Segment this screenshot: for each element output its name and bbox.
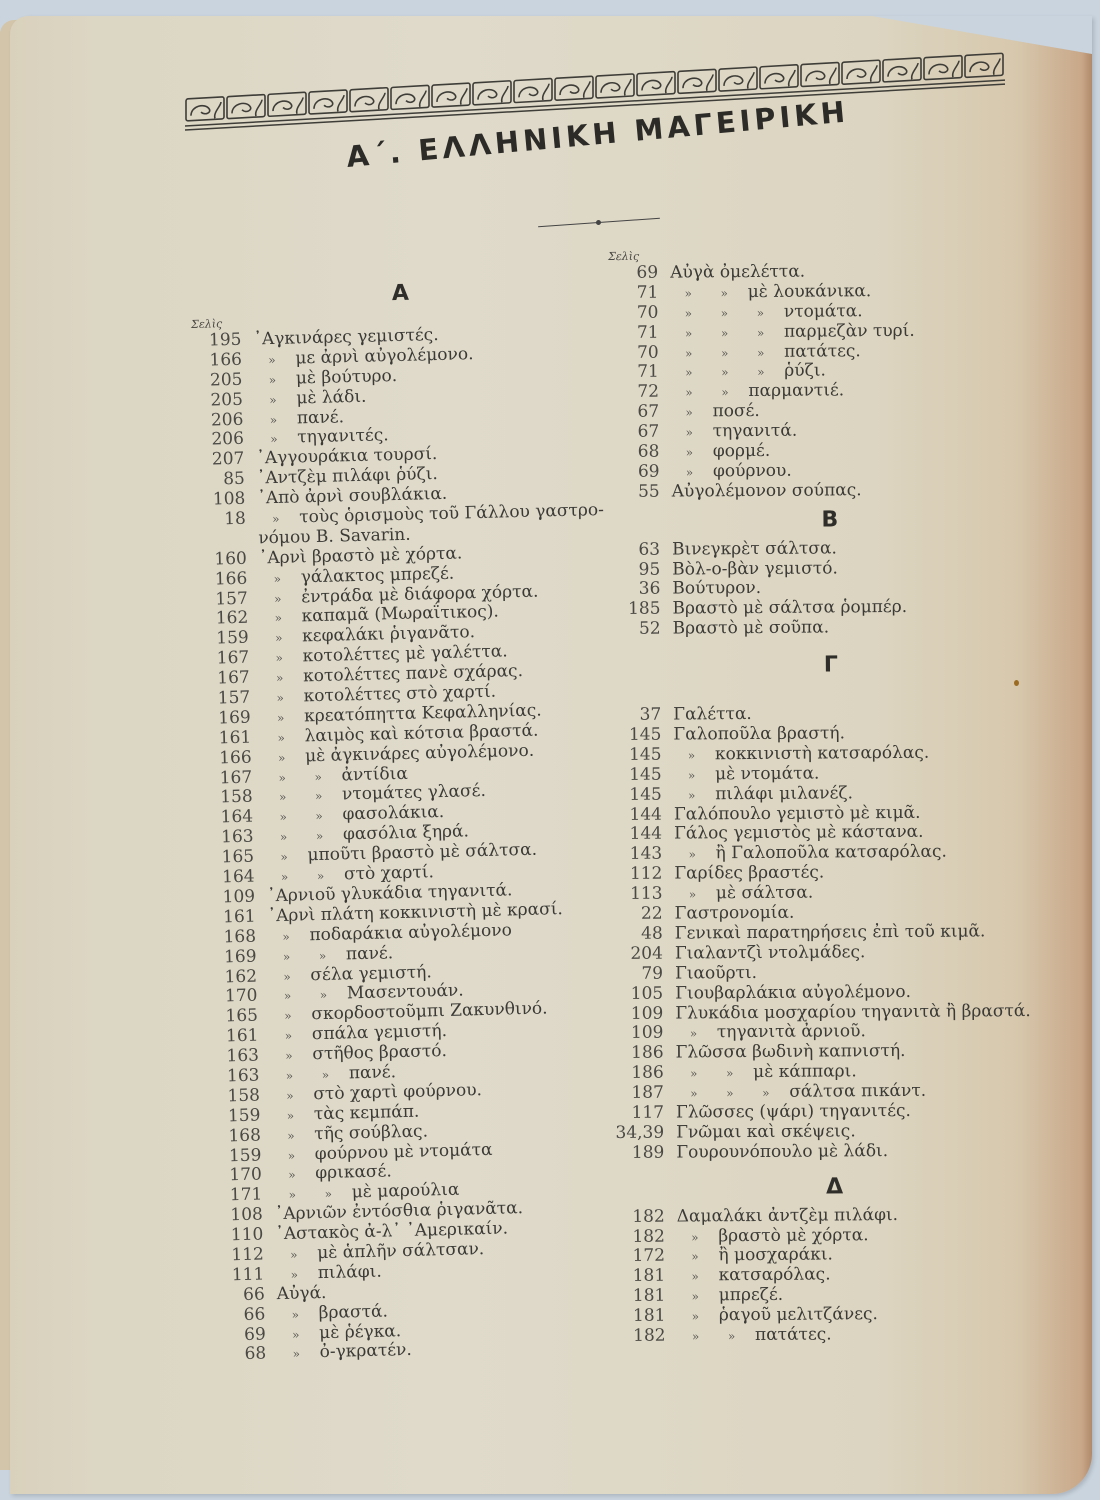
ditto-mark: » xyxy=(712,1064,748,1084)
entry-subtext: πιλάφι μιλανέζ. xyxy=(710,783,853,804)
title-divider xyxy=(538,218,660,228)
ditto-mark: » xyxy=(271,1066,307,1087)
index-entry: 52Βραστὸ μὲ σοῦπα. xyxy=(611,617,1051,640)
page-number: 144 xyxy=(612,825,674,845)
page-number: 181 xyxy=(615,1307,677,1327)
ditto-mark: » xyxy=(260,589,296,610)
entry-subtext: ῥαγοῦ μελιτζάνες. xyxy=(713,1304,878,1325)
entry-subtext: τηγανιτὰ ἀρνιοῦ. xyxy=(711,1022,866,1043)
page-number: 71 xyxy=(609,363,671,383)
entry-text: Βινεγκρὲτ σάλτσα. xyxy=(672,538,1050,561)
page-number: 205 xyxy=(192,370,254,391)
entry-subtext: πιλάφι. xyxy=(312,1261,382,1283)
entry-subtext: βραστὸ μὲ χόρτα. xyxy=(713,1225,869,1246)
entry-text: » φορμέ. xyxy=(671,440,1049,463)
page-number: 143 xyxy=(612,845,674,865)
ditto-mark: » xyxy=(266,848,302,869)
entry-subtext: φρικασέ. xyxy=(310,1162,392,1184)
entry-text: Γαρίδες βραστές. xyxy=(674,862,1052,885)
entry-subtext: στῆθος βραστό. xyxy=(307,1041,447,1064)
entry-text: Γνῶμαι καὶ σκέψεις. xyxy=(676,1121,1054,1144)
page-number: 67 xyxy=(609,403,671,423)
page-number: 109 xyxy=(205,887,267,908)
ditto-mark: » xyxy=(678,1327,714,1347)
ditto-mark: » xyxy=(254,370,290,391)
ditto-mark: » xyxy=(742,304,778,324)
entry-subtext: παρμαντιέ. xyxy=(743,381,844,402)
page-number: 161 xyxy=(201,728,263,749)
page-number: 172 xyxy=(615,1247,677,1267)
entry-text: »»» παρμεζὰν τυρί. xyxy=(671,321,1049,344)
page-number: 205 xyxy=(193,390,255,411)
ditto-mark: » xyxy=(274,1166,310,1187)
ditto-mark: » xyxy=(254,350,290,371)
page-number: 157 xyxy=(198,589,260,610)
page-number: 72 xyxy=(609,383,671,403)
entry-text: » τηγανιτὰ ἀρνιοῦ. xyxy=(675,1021,1053,1044)
ditto-mark: » xyxy=(707,324,743,344)
entry-text: » ῥαγοῦ μελιτζάνες. xyxy=(677,1304,1055,1327)
page-number: 111 xyxy=(214,1265,276,1286)
page-number: 66 xyxy=(215,1285,277,1306)
page-number: 109 xyxy=(613,1004,675,1024)
page-number: 160 xyxy=(197,549,259,570)
page-number: 162 xyxy=(198,609,260,630)
ditto-mark: » xyxy=(272,1086,308,1107)
page-number: 158 xyxy=(210,1086,272,1107)
page-number: 105 xyxy=(613,984,675,1004)
ditto-mark: » xyxy=(273,1126,309,1147)
entry-subtext: ποσέ. xyxy=(707,401,760,421)
page-number: 158 xyxy=(202,788,264,809)
entry-subtext: πατάτες. xyxy=(779,341,861,362)
ditto-mark: » xyxy=(278,1325,314,1346)
page-number: 144 xyxy=(612,805,674,825)
page-number: 18 xyxy=(196,509,258,530)
page-number: 71 xyxy=(608,283,670,303)
ditto-mark: » xyxy=(671,344,707,364)
entry-text: »» παρμαντιέ. xyxy=(671,380,1049,403)
entry-text: » μὲ σάλτσα. xyxy=(674,882,1052,905)
entry-subtext: ὀ-γκρατέν. xyxy=(314,1340,412,1362)
entry-text: Γαλοποῦλα βραστή. xyxy=(673,723,1051,746)
page-number: 167 xyxy=(200,669,262,690)
ditto-mark: » xyxy=(263,708,299,729)
entry-text: »» μὲ λουκάνικα. xyxy=(670,281,1048,304)
index-list: 195᾿Αγκινάρες γεμιστές.166» με ἀρνὶ αὐγο… xyxy=(191,322,636,1366)
entry-subtext: ντομάτες γλασέ. xyxy=(336,781,486,805)
ditto-mark: » xyxy=(707,364,743,384)
entry-text: Βραστὸ μὲ σοῦπα. xyxy=(673,617,1051,640)
entry-text: Γαλόπουλο γεμιστὸ μὲ κιμᾶ. xyxy=(674,803,1052,826)
index-entry: 189Γουρουνόπουλο μὲ λάδι. xyxy=(614,1141,1054,1164)
entry-subtext: ἢ Γαλοποῦλα κατσαρόλας. xyxy=(710,842,947,864)
page-number: 34,39 xyxy=(614,1123,676,1143)
ditto-mark: » xyxy=(273,1146,309,1167)
page-number: 112 xyxy=(612,865,674,885)
page-number: 182 xyxy=(615,1227,677,1247)
page-number: 166 xyxy=(197,569,259,590)
page-number: 168 xyxy=(211,1126,273,1147)
page-number: 164 xyxy=(203,808,265,829)
entry-subtext: μὲ ῥέγκα. xyxy=(314,1321,402,1343)
page-number: 166 xyxy=(201,748,263,769)
page-number: 85 xyxy=(195,470,257,491)
ditto-mark: » xyxy=(265,828,301,849)
ditto-mark: » xyxy=(300,787,336,808)
page-number: 145 xyxy=(612,765,674,785)
page-number: 69 xyxy=(608,264,670,284)
entry-text: Γλῶσσες (ψάρι) τηγανιτές. xyxy=(676,1101,1054,1124)
page-number: 204 xyxy=(613,944,675,964)
page-number: 165 xyxy=(208,1007,270,1028)
index-entry: 182»» πατάτες. xyxy=(616,1324,1056,1347)
page-number: 163 xyxy=(203,828,265,849)
entry-text: »»» πατάτες. xyxy=(671,340,1049,363)
entry-subtext: μὲ ντομάτα. xyxy=(710,763,820,784)
ditto-mark: » xyxy=(262,689,298,710)
ditto-mark: » xyxy=(263,728,299,749)
page-number: 187 xyxy=(614,1084,676,1104)
entry-text: » ποσέ. xyxy=(671,400,1049,423)
page-number: 162 xyxy=(207,967,269,988)
entry-text: » φούρνου. xyxy=(671,460,1049,483)
entry-text: » ἢ μοσχαράκι. xyxy=(677,1244,1055,1267)
ditto-mark: » xyxy=(677,1287,713,1307)
paper-stain xyxy=(1014,680,1019,686)
entry-text: Γιαοῦρτι. xyxy=(675,962,1053,985)
ditto-mark: » xyxy=(707,344,743,364)
index-list: 63Βινεγκρὲτ σάλτσα.95Βὸλ-ο-βὰν γεμιστό.3… xyxy=(610,538,1051,641)
ditto-mark: » xyxy=(263,748,299,769)
page-number: 182 xyxy=(615,1207,677,1227)
entry-subtext: φορμέ. xyxy=(707,441,770,461)
ditto-mark: » xyxy=(268,947,304,968)
ditto-mark: » xyxy=(264,768,300,789)
entry-subtext: μπρεζέ. xyxy=(713,1285,783,1305)
page-number: 22 xyxy=(613,905,675,925)
entry-subtext: μὲ βούτυρο. xyxy=(290,366,397,389)
ditto-mark: » xyxy=(674,786,710,806)
ditto-mark: » xyxy=(260,609,296,630)
entry-subtext: ἀντίδια xyxy=(336,763,408,785)
entry-subtext: τηγανιτές. xyxy=(292,426,389,448)
page-number: 206 xyxy=(193,410,255,431)
entry-text: Γενικαὶ παρατηρήσεις ἐπὶ τοῦ κιμᾶ. xyxy=(675,922,1053,945)
ditto-mark: » xyxy=(301,807,337,828)
ditto-mark: » xyxy=(671,443,707,463)
entry-text: Γαστρονομία. xyxy=(675,902,1053,925)
page-number: 189 xyxy=(614,1143,676,1163)
page-number: 36 xyxy=(610,580,672,600)
index-list: 69Αὐγὰ ὀμελέττα.71»» μὲ λουκάνικα.70»»» … xyxy=(608,261,1050,503)
ditto-mark: » xyxy=(671,404,707,424)
page-number: 167 xyxy=(199,649,261,670)
ditto-mark: » xyxy=(261,649,297,670)
ditto-mark: » xyxy=(276,1245,312,1266)
entry-text: Βραστὸ μὲ σάλτσα ῥομπέρ. xyxy=(672,597,1050,620)
ditto-mark: » xyxy=(271,1046,307,1067)
ditto-mark: » xyxy=(673,746,709,766)
entry-subtext: μὲ κάππαρι. xyxy=(748,1061,857,1082)
entry-subtext: μὲ λάδι. xyxy=(291,386,367,408)
entry-subtext: σάλτσα πικάντ. xyxy=(784,1081,926,1102)
page-number: 181 xyxy=(615,1287,677,1307)
ditto-mark: » xyxy=(255,410,291,431)
ditto-mark: » xyxy=(262,669,298,690)
entry-text: » κοκκινιστὴ κατσαρόλας. xyxy=(673,743,1051,766)
section-letter-beta: Β xyxy=(610,500,1050,541)
index-list: 182Δαμαλάκι ἀντζὲμ πιλάφι.182» βραστὸ μὲ… xyxy=(615,1205,1056,1347)
ditto-mark: » xyxy=(743,323,779,343)
section-letter-gamma: Γ xyxy=(611,645,1051,686)
page-number: 113 xyxy=(612,885,674,905)
ditto-mark: » xyxy=(706,304,742,324)
ditto-mark: » xyxy=(265,808,301,829)
page-number: 186 xyxy=(614,1044,676,1064)
page-number: 95 xyxy=(610,560,672,580)
page-number: 69 xyxy=(609,462,671,482)
entry-text: Δαμαλάκι ἀντζὲμ πιλάφι. xyxy=(677,1205,1055,1228)
ditto-mark: » xyxy=(706,284,742,304)
page-number: 70 xyxy=(609,343,671,363)
ditto-mark: » xyxy=(677,1228,713,1248)
page-number: 110 xyxy=(213,1225,275,1246)
entry-text: Βούτυρον. xyxy=(672,577,1050,600)
entry-text: » βραστὸ μὲ χόρτα. xyxy=(677,1224,1055,1247)
page-number: 68 xyxy=(609,443,671,463)
page-number: 108 xyxy=(195,490,257,511)
entry-text: »»» σάλτσα πικάντ. xyxy=(676,1081,1054,1104)
entry-subtext: κοκκινιστὴ κατσαρόλας. xyxy=(709,743,929,765)
ditto-mark: » xyxy=(261,629,297,650)
entry-text: Αὐγὰ ὀμελέττα. xyxy=(670,261,1048,284)
entry-text: Αὐγολέμονον σούπας. xyxy=(672,480,1050,503)
ditto-mark: » xyxy=(671,364,707,384)
entry-subtext: ντομάτα. xyxy=(778,301,862,322)
ditto-mark: » xyxy=(670,304,706,324)
entry-subtext: πανέ. xyxy=(340,943,393,964)
entry-text: »» πατάτες. xyxy=(678,1324,1056,1347)
entry-text: » πιλάφι μιλανέζ. xyxy=(674,783,1052,806)
page-number: 70 xyxy=(608,303,670,323)
page-number: 163 xyxy=(209,1046,271,1067)
index-page-content: Α΄. ΕΛΛΗΝΙΚΗ ΜΑΓΕΙΡΙΚΗ Α Σελὶς 195᾿Αγκιν… xyxy=(0,0,1100,1500)
entry-subtext: ἢ μοσχαράκι. xyxy=(713,1245,833,1266)
entry-subtext: φασολάκια. xyxy=(337,802,445,825)
entry-subtext: πανέ. xyxy=(291,407,344,428)
ditto-mark: » xyxy=(255,390,291,411)
section-letter-delta: Δ xyxy=(614,1167,1054,1208)
entry-text: Γάλος γεμιστὸς μὲ κάστανα. xyxy=(674,822,1052,845)
ditto-mark: » xyxy=(277,1305,313,1326)
page-number: 109 xyxy=(613,1024,675,1044)
page-number: 165 xyxy=(204,847,266,868)
ditto-mark: » xyxy=(677,1248,713,1268)
ditto-mark: » xyxy=(268,927,304,948)
entry-subtext: ῥύζι. xyxy=(779,361,826,381)
page-number: 206 xyxy=(194,430,256,451)
page-number xyxy=(196,529,258,550)
ditto-mark: » xyxy=(671,384,707,404)
page-number: 166 xyxy=(192,350,254,371)
page-number: 79 xyxy=(613,964,675,984)
page-number: 63 xyxy=(610,540,672,560)
page-number: 159 xyxy=(199,629,261,650)
page-number: 171 xyxy=(212,1186,274,1207)
entry-subtext: στὸ χαρτί. xyxy=(338,862,434,884)
ditto-mark: » xyxy=(270,1007,306,1028)
entry-text: » τηγανιτά. xyxy=(671,420,1049,443)
entry-text: » κατσαρόλας. xyxy=(677,1264,1055,1287)
index-column-right: Σελὶς 69Αὐγὰ ὀμελέττα.71»» μὲ λουκάνικα.… xyxy=(608,247,1056,1347)
page-number: 169 xyxy=(201,708,263,729)
ditto-mark: » xyxy=(272,1106,308,1127)
entry-subtext: βραστά. xyxy=(313,1301,388,1323)
entry-text: Γαλέττα. xyxy=(673,703,1051,726)
page-number: 108 xyxy=(213,1205,275,1226)
ditto-mark: » xyxy=(278,1345,314,1366)
entry-text: » μπρεζέ. xyxy=(677,1284,1055,1307)
index-entry: 55Αὐγολέμονον σούπας. xyxy=(610,480,1050,503)
page-number: 207 xyxy=(194,450,256,471)
entry-text: » μὲ ντομάτα. xyxy=(674,763,1052,786)
ditto-mark: » xyxy=(743,343,779,363)
ditto-mark: » xyxy=(300,767,336,788)
page-number: 170 xyxy=(207,987,269,1008)
entry-subtext: τηγανιτά. xyxy=(707,421,797,442)
ditto-mark: » xyxy=(670,284,706,304)
entry-text: Βὸλ-ο-βὰν γεμιστό. xyxy=(672,557,1050,580)
page-number: 66 xyxy=(215,1305,277,1326)
ditto-mark: » xyxy=(671,423,707,443)
page-number: 157 xyxy=(200,688,262,709)
page-number: 185 xyxy=(610,600,672,620)
entry-subtext: παρμεζὰν τυρί. xyxy=(779,321,915,342)
ditto-mark: » xyxy=(269,967,305,988)
page-number: 71 xyxy=(609,323,671,343)
page-number: 68 xyxy=(216,1345,278,1366)
page-number: 169 xyxy=(206,947,268,968)
ditto-mark: » xyxy=(269,987,305,1008)
entry-subtext: μὲ σάλτσα. xyxy=(710,883,813,904)
page-number: 67 xyxy=(609,423,671,443)
entry-text: Γιαλαντζὶ ντολμάδες. xyxy=(675,942,1053,965)
ditto-mark: » xyxy=(677,1307,713,1327)
ditto-mark: » xyxy=(677,1268,713,1288)
page-number: 145 xyxy=(612,785,674,805)
entry-text: » ἢ Γαλοποῦλα κατσαρόλας. xyxy=(674,842,1052,865)
page-number: 181 xyxy=(615,1267,677,1287)
ditto-mark: » xyxy=(674,766,710,786)
page-number: 182 xyxy=(616,1327,678,1347)
page-number: 163 xyxy=(209,1066,271,1087)
entry-subtext: πατάτες. xyxy=(750,1324,832,1345)
index-list: 37Γαλέττα.145Γαλοποῦλα βραστή.145» κοκκι… xyxy=(611,703,1054,1164)
ditto-mark: » xyxy=(676,1064,712,1084)
entry-subtext: πανέ. xyxy=(343,1062,396,1083)
page-number: 170 xyxy=(212,1166,274,1187)
page-number: 52 xyxy=(611,620,673,640)
page-number: 167 xyxy=(202,768,264,789)
page-number: 195 xyxy=(191,330,253,351)
ditto-mark: » xyxy=(259,569,295,590)
page-number: 164 xyxy=(204,867,266,888)
page-number: 159 xyxy=(210,1106,272,1127)
page-number: 159 xyxy=(211,1146,273,1167)
page-number: 69 xyxy=(216,1325,278,1346)
page-number: 168 xyxy=(206,927,268,948)
entry-subtext: μὲ λουκάνικα. xyxy=(742,281,871,302)
page-number: 37 xyxy=(611,706,673,726)
page-number: 145 xyxy=(611,726,673,746)
entry-text: »»» ῥύζι. xyxy=(671,360,1049,383)
ditto-mark: » xyxy=(671,324,707,344)
entry-text: »»» ντομάτα. xyxy=(670,301,1048,324)
entry-subtext: φούρνου. xyxy=(707,461,791,482)
page-number: 55 xyxy=(610,482,672,502)
page-number: 161 xyxy=(205,907,267,928)
index-column-left: Α Σελὶς 195᾿Αγκινάρες γεμιστές.166» με ἀ… xyxy=(190,270,636,1366)
page-number: 48 xyxy=(613,924,675,944)
entry-text: Γλυκάδια μοσχαρίου τηγανιτὰ ἢ βραστά. xyxy=(675,1001,1053,1024)
entry-subtext: κατσαρόλας. xyxy=(713,1265,831,1286)
entry-text: Γουρουνόπουλο μὲ λάδι. xyxy=(676,1141,1054,1164)
entry-text: »» μὲ κάππαρι. xyxy=(676,1061,1054,1084)
ditto-mark: » xyxy=(714,1327,750,1347)
ditto-mark: » xyxy=(264,788,300,809)
ditto-mark: » xyxy=(270,1027,306,1048)
page-number: 112 xyxy=(214,1245,276,1266)
page-number: 186 xyxy=(614,1064,676,1084)
page-number: 117 xyxy=(614,1103,676,1123)
entry-text: Γλῶσσα βωδινὴ καπνιστή. xyxy=(676,1041,1054,1064)
page-number: 145 xyxy=(611,745,673,765)
page-number: 161 xyxy=(208,1026,270,1047)
